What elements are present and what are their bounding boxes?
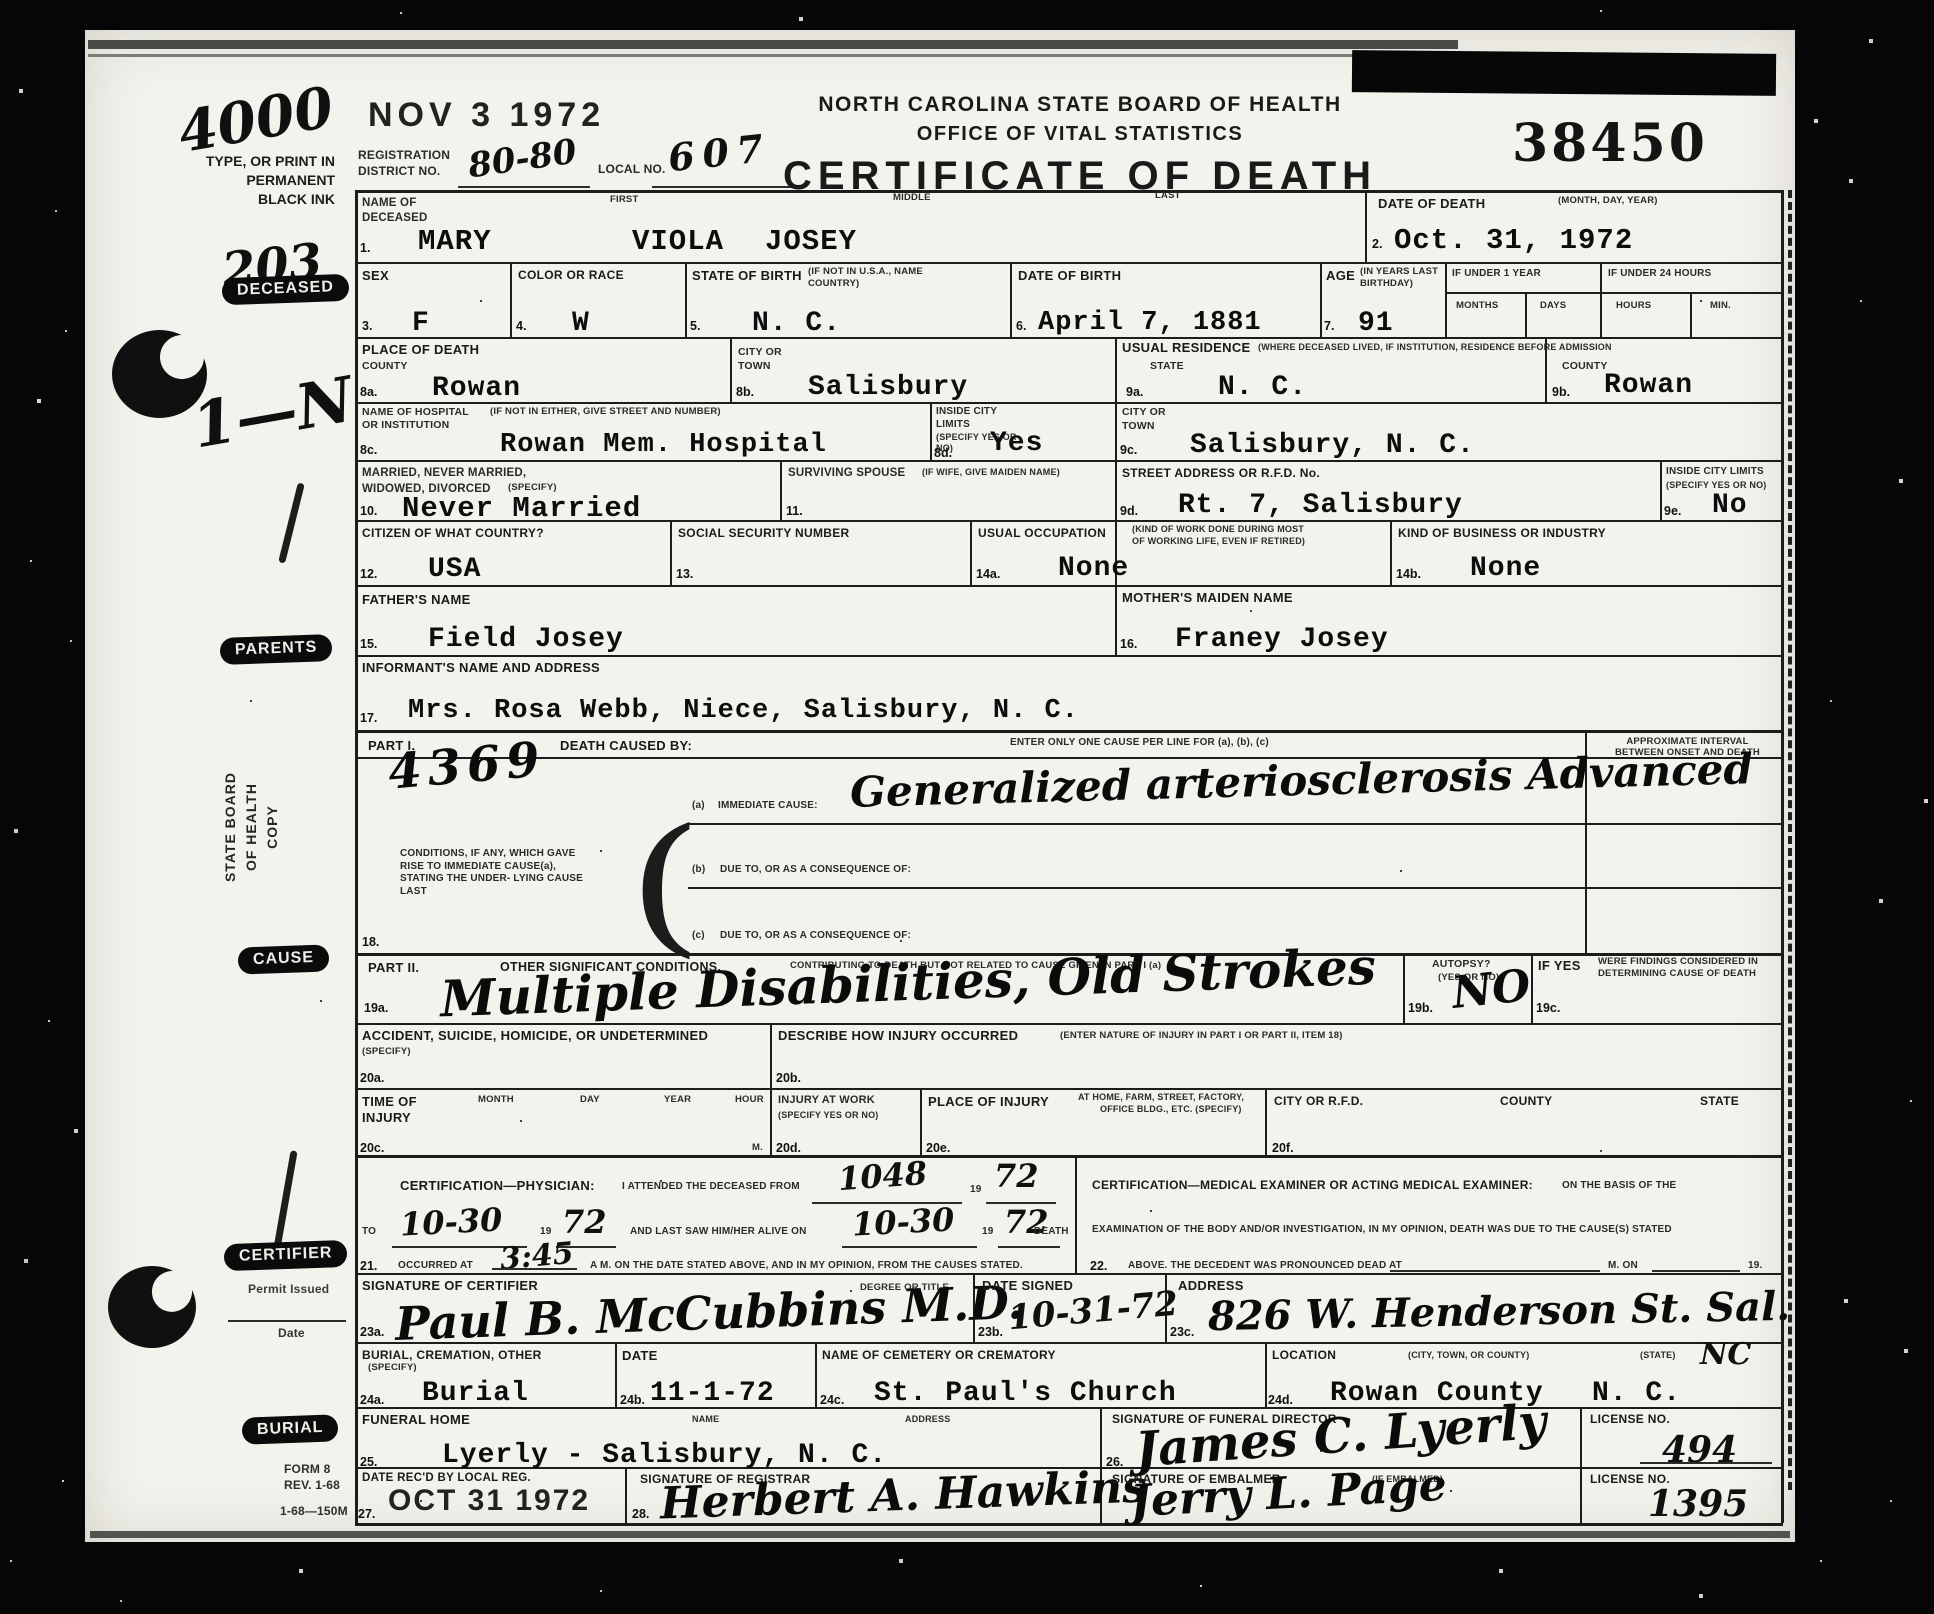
vrule bbox=[1580, 1407, 1582, 1523]
form-number: FORM 8 bbox=[284, 1462, 331, 1477]
location-sub1: (CITY, TOWN, OR COUNTY) bbox=[1408, 1350, 1529, 1361]
location-label: LOCATION bbox=[1272, 1348, 1336, 1362]
blank-line bbox=[1390, 1270, 1600, 1272]
year-19-a: 19 bbox=[970, 1184, 982, 1197]
item-22: 22. bbox=[1090, 1260, 1107, 1273]
copy-line2: OF HEALTH bbox=[241, 742, 262, 912]
vrule bbox=[1265, 1088, 1267, 1155]
cemetery-label: NAME OF CEMETERY OR CREMATORY bbox=[822, 1348, 1056, 1362]
name-middle-label: MIDDLE bbox=[893, 192, 931, 204]
hole-punch-bottom bbox=[108, 1266, 196, 1348]
cause-code-handwritten: 4369 bbox=[386, 735, 547, 797]
vrule bbox=[1010, 262, 1012, 337]
place-of-injury-label: PLACE OF INJURY bbox=[928, 1094, 1049, 1110]
under1-label: IF UNDER 1 YEAR bbox=[1452, 268, 1541, 281]
last-saw-value: 10-30 bbox=[851, 1203, 955, 1240]
address-state-handwritten: NC bbox=[1700, 1340, 1751, 1370]
item-23b: 23b. bbox=[978, 1326, 1003, 1339]
name-last-value: JOSEY bbox=[765, 227, 857, 256]
item-18: 18. bbox=[362, 936, 379, 949]
me-line3: ABOVE. THE DECEDENT WAS PRONOUNCED DEAD … bbox=[1128, 1260, 1402, 1273]
street-value: Rt. 7, Salisbury bbox=[1178, 492, 1463, 520]
attended-to-value: 10-30 bbox=[399, 1203, 503, 1240]
birth-state-value: N. C. bbox=[752, 310, 841, 338]
res-city-label-2: TOWN bbox=[1122, 420, 1155, 433]
death-caused-by-label: DEATH CAUSED BY: bbox=[560, 738, 692, 754]
occurred-at-label: OCCURRED AT bbox=[398, 1260, 473, 1273]
ink-instruction-line1: TYPE, OR PRINT IN bbox=[160, 152, 335, 171]
margin-tab-deceased: DECEASED bbox=[222, 274, 350, 305]
location-sub2: (STATE) bbox=[1640, 1350, 1676, 1361]
blank-line bbox=[1640, 1462, 1772, 1464]
due-to-b-label: DUE TO, OR AS A CONSEQUENCE OF: bbox=[720, 864, 911, 877]
ssn-number: 13. bbox=[676, 568, 693, 581]
res-county-value: Rowan bbox=[1604, 372, 1693, 400]
res-icl-label: INSIDE CITY LIMITS bbox=[1666, 466, 1776, 479]
hrule bbox=[355, 1273, 1783, 1275]
spouse-sublabel: (IF WIFE, GIVE MAIDEN NAME) bbox=[922, 467, 1060, 478]
attended-label: I ATTENDED THE DECEASED FROM bbox=[622, 1181, 800, 1194]
hospital-sublabel: (IF NOT IN EITHER, GIVE STREET AND NUMBE… bbox=[490, 406, 721, 418]
birth-state-number: 5. bbox=[690, 320, 700, 333]
date-received-stamp: OCT 31 1972 bbox=[388, 1486, 590, 1516]
pod-city-number: 8b. bbox=[736, 386, 754, 399]
item-24b: 24b. bbox=[620, 1394, 645, 1407]
business-label: KIND OF BUSINESS OR INDUSTRY bbox=[1398, 526, 1606, 540]
name-last-label: LAST bbox=[1155, 190, 1181, 202]
year-label: YEAR bbox=[664, 1094, 691, 1106]
item-25: 25. bbox=[360, 1456, 377, 1469]
meridiem-label: M. bbox=[752, 1142, 763, 1154]
funeral-home-label: FUNERAL HOME bbox=[362, 1412, 470, 1428]
marital-label-1: MARRIED, NEVER MARRIED, bbox=[362, 466, 526, 480]
year-19-b: 19 bbox=[540, 1226, 552, 1239]
vrule bbox=[1660, 460, 1662, 520]
scanned-death-certificate: 4000 TYPE, OR PRINT IN PERMANENT BLACK I… bbox=[0, 0, 1934, 1614]
sex-value: F bbox=[412, 310, 430, 338]
injury-at-work-sub: (SPECIFY YES OR NO) bbox=[778, 1110, 879, 1121]
name-label-1: NAME OF bbox=[362, 196, 416, 210]
res-state-number: 9a. bbox=[1126, 386, 1143, 399]
name-label-2: DECEASED bbox=[362, 211, 428, 225]
race-value: W bbox=[572, 310, 590, 338]
under1-days: DAYS bbox=[1540, 300, 1566, 312]
business-value: None bbox=[1470, 555, 1541, 583]
copy-designation: STATE BOARD OF HEALTH COPY bbox=[220, 742, 350, 912]
blank-line bbox=[492, 1268, 577, 1270]
dod-value: Oct. 31, 1972 bbox=[1394, 226, 1633, 255]
due-to-c-label: DUE TO, OR AS A CONSEQUENCE OF: bbox=[720, 930, 911, 943]
address-value: 826 W. Henderson St. Sal. bbox=[1208, 1287, 1791, 1337]
injury-state-label: STATE bbox=[1700, 1094, 1739, 1108]
item-24d: 24d. bbox=[1268, 1394, 1293, 1407]
res-county-label: COUNTY bbox=[1562, 360, 1608, 373]
conditions-note: CONDITIONS, IF ANY, WHICH GAVE RISE TO I… bbox=[400, 848, 585, 898]
vrule bbox=[780, 460, 782, 520]
district-no-label: DISTRICT NO. bbox=[358, 164, 440, 179]
under24-hours: HOURS bbox=[1616, 300, 1651, 312]
item-23c: 23c. bbox=[1170, 1326, 1194, 1339]
item-23a: 23a. bbox=[360, 1326, 384, 1339]
time-of-injury-2: INJURY bbox=[362, 1110, 411, 1126]
name-middle-value: VIOLA bbox=[632, 227, 724, 256]
occupation-value: None bbox=[1058, 555, 1129, 583]
attended-from-year: 72 bbox=[994, 1160, 1039, 1192]
under1-months: MONTHS bbox=[1456, 300, 1498, 312]
res-county-number: 9b. bbox=[1552, 386, 1570, 399]
due-to-c: (c) bbox=[692, 930, 705, 943]
form-revision: REV. 1-68 bbox=[284, 1478, 340, 1493]
business-number: 14b. bbox=[1396, 568, 1421, 581]
ink-instruction-line3: BLACK INK bbox=[160, 190, 335, 209]
vrule bbox=[920, 1088, 922, 1155]
hrule bbox=[1445, 292, 1783, 294]
hrule bbox=[355, 1155, 1783, 1158]
residence-group: USUAL RESIDENCE bbox=[1122, 340, 1251, 356]
hrule bbox=[355, 460, 1783, 462]
occupation-sub-2: OF WORKING LIFE, EVEN IF RETIRED) bbox=[1132, 536, 1305, 547]
res-city-number: 9c. bbox=[1120, 444, 1137, 457]
item-28: 28. bbox=[632, 1508, 649, 1521]
vrule bbox=[1390, 520, 1392, 585]
hrule bbox=[355, 190, 1783, 193]
vrule bbox=[1115, 337, 1117, 655]
cause-line-a bbox=[688, 823, 1783, 825]
sex-label: SEX bbox=[362, 268, 389, 284]
vrule bbox=[1075, 1155, 1077, 1273]
office-name: OFFICE OF VITAL STATISTICS bbox=[740, 122, 1420, 146]
date-signed-label: DATE SIGNED bbox=[982, 1278, 1073, 1294]
race-number: 4. bbox=[516, 320, 526, 333]
accident-label: ACCIDENT, SUICIDE, HOMICIDE, OR UNDETERM… bbox=[362, 1028, 708, 1044]
permit-issued-label: Permit Issued bbox=[248, 1282, 329, 1297]
blank-line bbox=[842, 1246, 977, 1248]
license2-value: 1395 bbox=[1648, 1486, 1748, 1522]
injury-city-label: CITY OR R.F.D. bbox=[1274, 1094, 1363, 1108]
item-20b: 20b. bbox=[776, 1072, 801, 1085]
vrule bbox=[815, 1342, 817, 1407]
burial-value: Burial bbox=[422, 1380, 529, 1408]
attended-to-year: 72 bbox=[562, 1206, 607, 1238]
vrule bbox=[970, 520, 972, 585]
month-label: MONTH bbox=[478, 1094, 514, 1106]
enter-note: ENTER ONLY ONE CAUSE PER LINE FOR (a), (… bbox=[1010, 737, 1269, 750]
item-19b: 19b. bbox=[1408, 1002, 1433, 1015]
citizen-label: CITIZEN OF WHAT COUNTRY? bbox=[362, 526, 544, 540]
item-24a: 24a. bbox=[360, 1394, 384, 1407]
pod-city-label-2: TOWN bbox=[738, 360, 771, 373]
certificate-number: 38450 bbox=[1512, 118, 1708, 170]
dod-item-number: 2. bbox=[1372, 238, 1382, 251]
to-label: TO bbox=[362, 1226, 376, 1239]
age-sublabel: (IN YEARS LAST BIRTHDAY) bbox=[1360, 266, 1445, 290]
item-19c: 19c. bbox=[1536, 1002, 1560, 1015]
citizen-value: USA bbox=[428, 556, 481, 584]
mother-value: Franey Josey bbox=[1175, 626, 1389, 654]
name-item-number: 1. bbox=[360, 242, 370, 255]
cemetery-value: St. Paul's Church bbox=[874, 1380, 1177, 1408]
injury-at-work-label: INJURY AT WORK bbox=[778, 1094, 908, 1108]
describe-injury-label: DESCRIBE HOW INJURY OCCURRED bbox=[778, 1028, 1018, 1044]
item-27: 27. bbox=[358, 1508, 375, 1521]
dod-label: DATE OF DEATH bbox=[1378, 196, 1485, 212]
spouse-number: 11. bbox=[786, 505, 803, 518]
due-to-b: (b) bbox=[692, 864, 705, 877]
immediate-cause-label: IMMEDIATE CAUSE: bbox=[718, 800, 818, 813]
accident-sublabel: (SPECIFY) bbox=[362, 1046, 411, 1058]
on-basis-label: ON THE BASIS OF THE bbox=[1562, 1180, 1676, 1193]
injury-county-label: COUNTY bbox=[1500, 1094, 1552, 1108]
blank-line bbox=[998, 1246, 1060, 1248]
res-city-value: Salisbury, N. C. bbox=[1190, 432, 1475, 460]
findings-label: WERE FINDINGS CONSIDERED IN DETERMINING … bbox=[1598, 956, 1778, 980]
vrule bbox=[1403, 953, 1405, 1023]
last-saw-label: AND LAST SAW HIM/HER ALIVE ON bbox=[630, 1226, 807, 1239]
mother-label: MOTHER'S MAIDEN NAME bbox=[1122, 590, 1293, 606]
describe-injury-sub: (ENTER NATURE OF INJURY IN PART I OR PAR… bbox=[1060, 1030, 1343, 1042]
dob-number: 6. bbox=[1016, 320, 1026, 333]
margin-tab-parents: PARENTS bbox=[220, 634, 333, 665]
hospital-number: 8c. bbox=[360, 444, 377, 457]
pod-county-value: Rowan bbox=[432, 375, 521, 403]
hrule bbox=[355, 585, 1783, 587]
local-no-label: LOCAL NO. bbox=[598, 162, 666, 177]
vrule bbox=[615, 1342, 617, 1407]
pod-city-value: Salisbury bbox=[808, 374, 968, 402]
license1-label: LICENSE NO. bbox=[1590, 1412, 1670, 1426]
occupation-label: USUAL OCCUPATION bbox=[978, 526, 1106, 540]
dob-value: April 7, 1881 bbox=[1038, 310, 1262, 337]
vrule bbox=[730, 337, 732, 402]
part2-label: PART II. bbox=[368, 960, 419, 976]
vrule bbox=[510, 262, 512, 337]
res-icl-number: 9e. bbox=[1664, 505, 1681, 518]
dob-label: DATE OF BIRTH bbox=[1018, 268, 1121, 284]
vrule bbox=[670, 520, 672, 585]
item-21: 21. bbox=[360, 1260, 377, 1273]
cause-line-b bbox=[688, 887, 1783, 889]
scan-black-bar bbox=[1352, 50, 1776, 96]
age-value: 91 bbox=[1358, 310, 1394, 338]
sheet-bottom-edge bbox=[90, 1531, 1790, 1538]
hrule bbox=[355, 262, 1783, 264]
marital-number: 10. bbox=[360, 505, 377, 518]
address-label: ADDRESS bbox=[1178, 1278, 1244, 1294]
cert-me-title: CERTIFICATION—MEDICAL EXAMINER OR ACTING… bbox=[1092, 1178, 1533, 1192]
pod-city-label-1: CITY OR bbox=[738, 346, 782, 359]
burial-date-value: 11-1-72 bbox=[650, 1380, 775, 1408]
received-date-stamp: NOV 3 1972 bbox=[368, 98, 605, 132]
under24-min: MIN. bbox=[1710, 300, 1731, 312]
residence-group-sub: (WHERE DECEASED LIVED, IF INSTITUTION, R… bbox=[1258, 342, 1612, 353]
blank-line bbox=[1652, 1270, 1740, 1272]
vrule bbox=[1265, 1342, 1267, 1407]
item-20a: 20a. bbox=[360, 1072, 384, 1085]
margin-tab-burial: BURIAL bbox=[242, 1414, 339, 1444]
ink-instruction: TYPE, OR PRINT IN PERMANENT BLACK INK bbox=[160, 152, 335, 209]
item-20c: 20c. bbox=[360, 1142, 384, 1155]
cert-physician-title: CERTIFICATION—PHYSICIAN: bbox=[400, 1178, 595, 1194]
name-first-label: FIRST bbox=[610, 194, 638, 206]
death-word: DEATH bbox=[1034, 1226, 1069, 1239]
year-19-c: 19 bbox=[982, 1226, 994, 1239]
margin-tab-certifier: CERTIFIER bbox=[224, 1240, 348, 1271]
place-of-death-group: PLACE OF DEATH bbox=[362, 342, 479, 358]
hrule bbox=[355, 1088, 1783, 1090]
permit-date-label: Date bbox=[278, 1326, 305, 1341]
vrule bbox=[1320, 262, 1322, 337]
ink-instruction-line2: PERMANENT bbox=[160, 171, 335, 190]
informant-label: INFORMANT'S NAME AND ADDRESS bbox=[362, 660, 600, 676]
margin-tab-cause: CAUSE bbox=[238, 944, 330, 974]
hospital-label: NAME OF HOSPITAL OR INSTITUTION bbox=[362, 406, 472, 432]
print-run: 1-68—150M bbox=[280, 1504, 348, 1519]
age-number: 7. bbox=[1324, 320, 1334, 333]
hospital-value: Rowan Mem. Hospital bbox=[500, 432, 827, 459]
funeral-name-sub: NAME bbox=[692, 1414, 719, 1425]
funeral-addr-sub: ADDRESS bbox=[905, 1414, 950, 1425]
item-20f: 20f. bbox=[1272, 1142, 1294, 1155]
vrule bbox=[1365, 190, 1367, 262]
pod-icl-number: 8d. bbox=[934, 447, 952, 460]
res-city-label-1: CITY OR bbox=[1122, 406, 1166, 419]
hrule bbox=[355, 1523, 1783, 1526]
funeral-home-value: Lyerly - Salisbury, N. C. bbox=[442, 1442, 887, 1470]
hour-label: HOUR bbox=[735, 1094, 764, 1106]
res-state-value: N. C. bbox=[1218, 374, 1307, 402]
me-m-on: M. ON bbox=[1608, 1260, 1638, 1273]
pod-county-label: COUNTY bbox=[362, 360, 408, 373]
permit-date-line bbox=[228, 1320, 346, 1322]
day-label: DAY bbox=[580, 1094, 600, 1106]
paper-speckles bbox=[0, 0, 2, 2]
birth-state-label: STATE OF BIRTH bbox=[692, 268, 802, 284]
sheet-top-edge bbox=[88, 40, 1458, 49]
citizen-number: 12. bbox=[360, 568, 377, 581]
burial-date-label: DATE bbox=[622, 1348, 658, 1364]
certifier-sig-label: SIGNATURE OF CERTIFIER bbox=[362, 1278, 538, 1294]
sheet-top-edge-2 bbox=[88, 54, 1363, 57]
birth-state-sublabel: (IF NOT IN U.S.A., NAME COUNTRY) bbox=[808, 266, 968, 290]
vrule bbox=[930, 402, 932, 460]
item-19a: 19a. bbox=[364, 1002, 388, 1015]
vrule bbox=[1445, 262, 1447, 337]
pod-icl-value: Yes bbox=[990, 430, 1043, 458]
hrule bbox=[355, 730, 1783, 733]
vrule bbox=[355, 190, 358, 1523]
autopsy-value-handwritten: NO bbox=[1450, 964, 1533, 1016]
vrule bbox=[770, 1023, 772, 1155]
item-20e: 20e. bbox=[926, 1142, 950, 1155]
vrule bbox=[625, 1467, 627, 1523]
me-19: 19. bbox=[1748, 1260, 1763, 1273]
res-state-label: STATE bbox=[1150, 360, 1184, 373]
item-20d: 20d. bbox=[776, 1142, 801, 1155]
res-icl-value: No bbox=[1712, 492, 1748, 520]
father-label: FATHER'S NAME bbox=[362, 592, 471, 608]
name-first-value: MARY bbox=[418, 227, 492, 256]
org-name: NORTH CAROLINA STATE BOARD OF HEALTH bbox=[740, 92, 1420, 117]
street-number: 9d. bbox=[1120, 505, 1138, 518]
father-value: Field Josey bbox=[428, 626, 624, 654]
location-state-value: N. C. bbox=[1592, 1380, 1681, 1408]
vrule bbox=[1690, 292, 1692, 337]
marital-value: Never Married bbox=[402, 494, 641, 523]
father-number: 15. bbox=[360, 638, 377, 651]
district-no-line bbox=[458, 186, 590, 188]
age-label: AGE bbox=[1326, 268, 1355, 284]
attended-from-value: 1048 bbox=[837, 1157, 928, 1195]
occupation-sub-1: (KIND OF WORK DONE DURING MOST bbox=[1132, 524, 1304, 535]
spouse-label: SURVIVING SPOUSE bbox=[788, 466, 905, 480]
hrule bbox=[355, 655, 1783, 657]
race-label: COLOR OR RACE bbox=[518, 268, 624, 282]
informant-number: 17. bbox=[360, 712, 377, 725]
vrule bbox=[685, 262, 687, 337]
sex-number: 3. bbox=[362, 320, 372, 333]
item-24c: 24c. bbox=[820, 1394, 844, 1407]
under24-label: IF UNDER 24 HOURS bbox=[1608, 268, 1711, 281]
vrule bbox=[1600, 262, 1602, 337]
pod-county-number: 8a. bbox=[360, 386, 377, 399]
occurred-rest-label: A M. ON THE DATE STATED ABOVE, AND IN MY… bbox=[590, 1260, 1023, 1273]
place-of-injury-sub2: OFFICE BLDG., ETC. (SPECIFY) bbox=[1100, 1104, 1242, 1115]
burial-sublabel: (SPECIFY) bbox=[368, 1362, 417, 1374]
informant-value: Mrs. Rosa Webb, Niece, Salisbury, N. C. bbox=[408, 698, 1079, 725]
mother-number: 16. bbox=[1120, 638, 1137, 651]
copy-line1: STATE BOARD bbox=[220, 742, 241, 912]
me-line2: EXAMINATION OF THE BODY AND/OR INVESTIGA… bbox=[1092, 1224, 1672, 1237]
vrule bbox=[1531, 953, 1533, 1023]
burial-label: BURIAL, CREMATION, OTHER bbox=[362, 1348, 542, 1362]
if-yes-label: IF YES bbox=[1538, 958, 1581, 974]
time-of-injury-1: TIME OF bbox=[362, 1094, 417, 1110]
vrule bbox=[1525, 292, 1527, 337]
street-label: STREET ADDRESS OR R.F.D. No. bbox=[1122, 466, 1320, 480]
ssn-label: SOCIAL SECURITY NUMBER bbox=[678, 526, 850, 540]
place-of-injury-sub1: AT HOME, FARM, STREET, FACTORY, bbox=[1078, 1092, 1244, 1103]
hrule bbox=[355, 402, 1783, 404]
registration-label: REGISTRATION bbox=[358, 148, 450, 163]
dod-sublabel: (MONTH, DAY, YEAR) bbox=[1558, 195, 1658, 207]
copy-line3: COPY bbox=[262, 742, 283, 912]
occupation-number: 14a. bbox=[976, 568, 1000, 581]
